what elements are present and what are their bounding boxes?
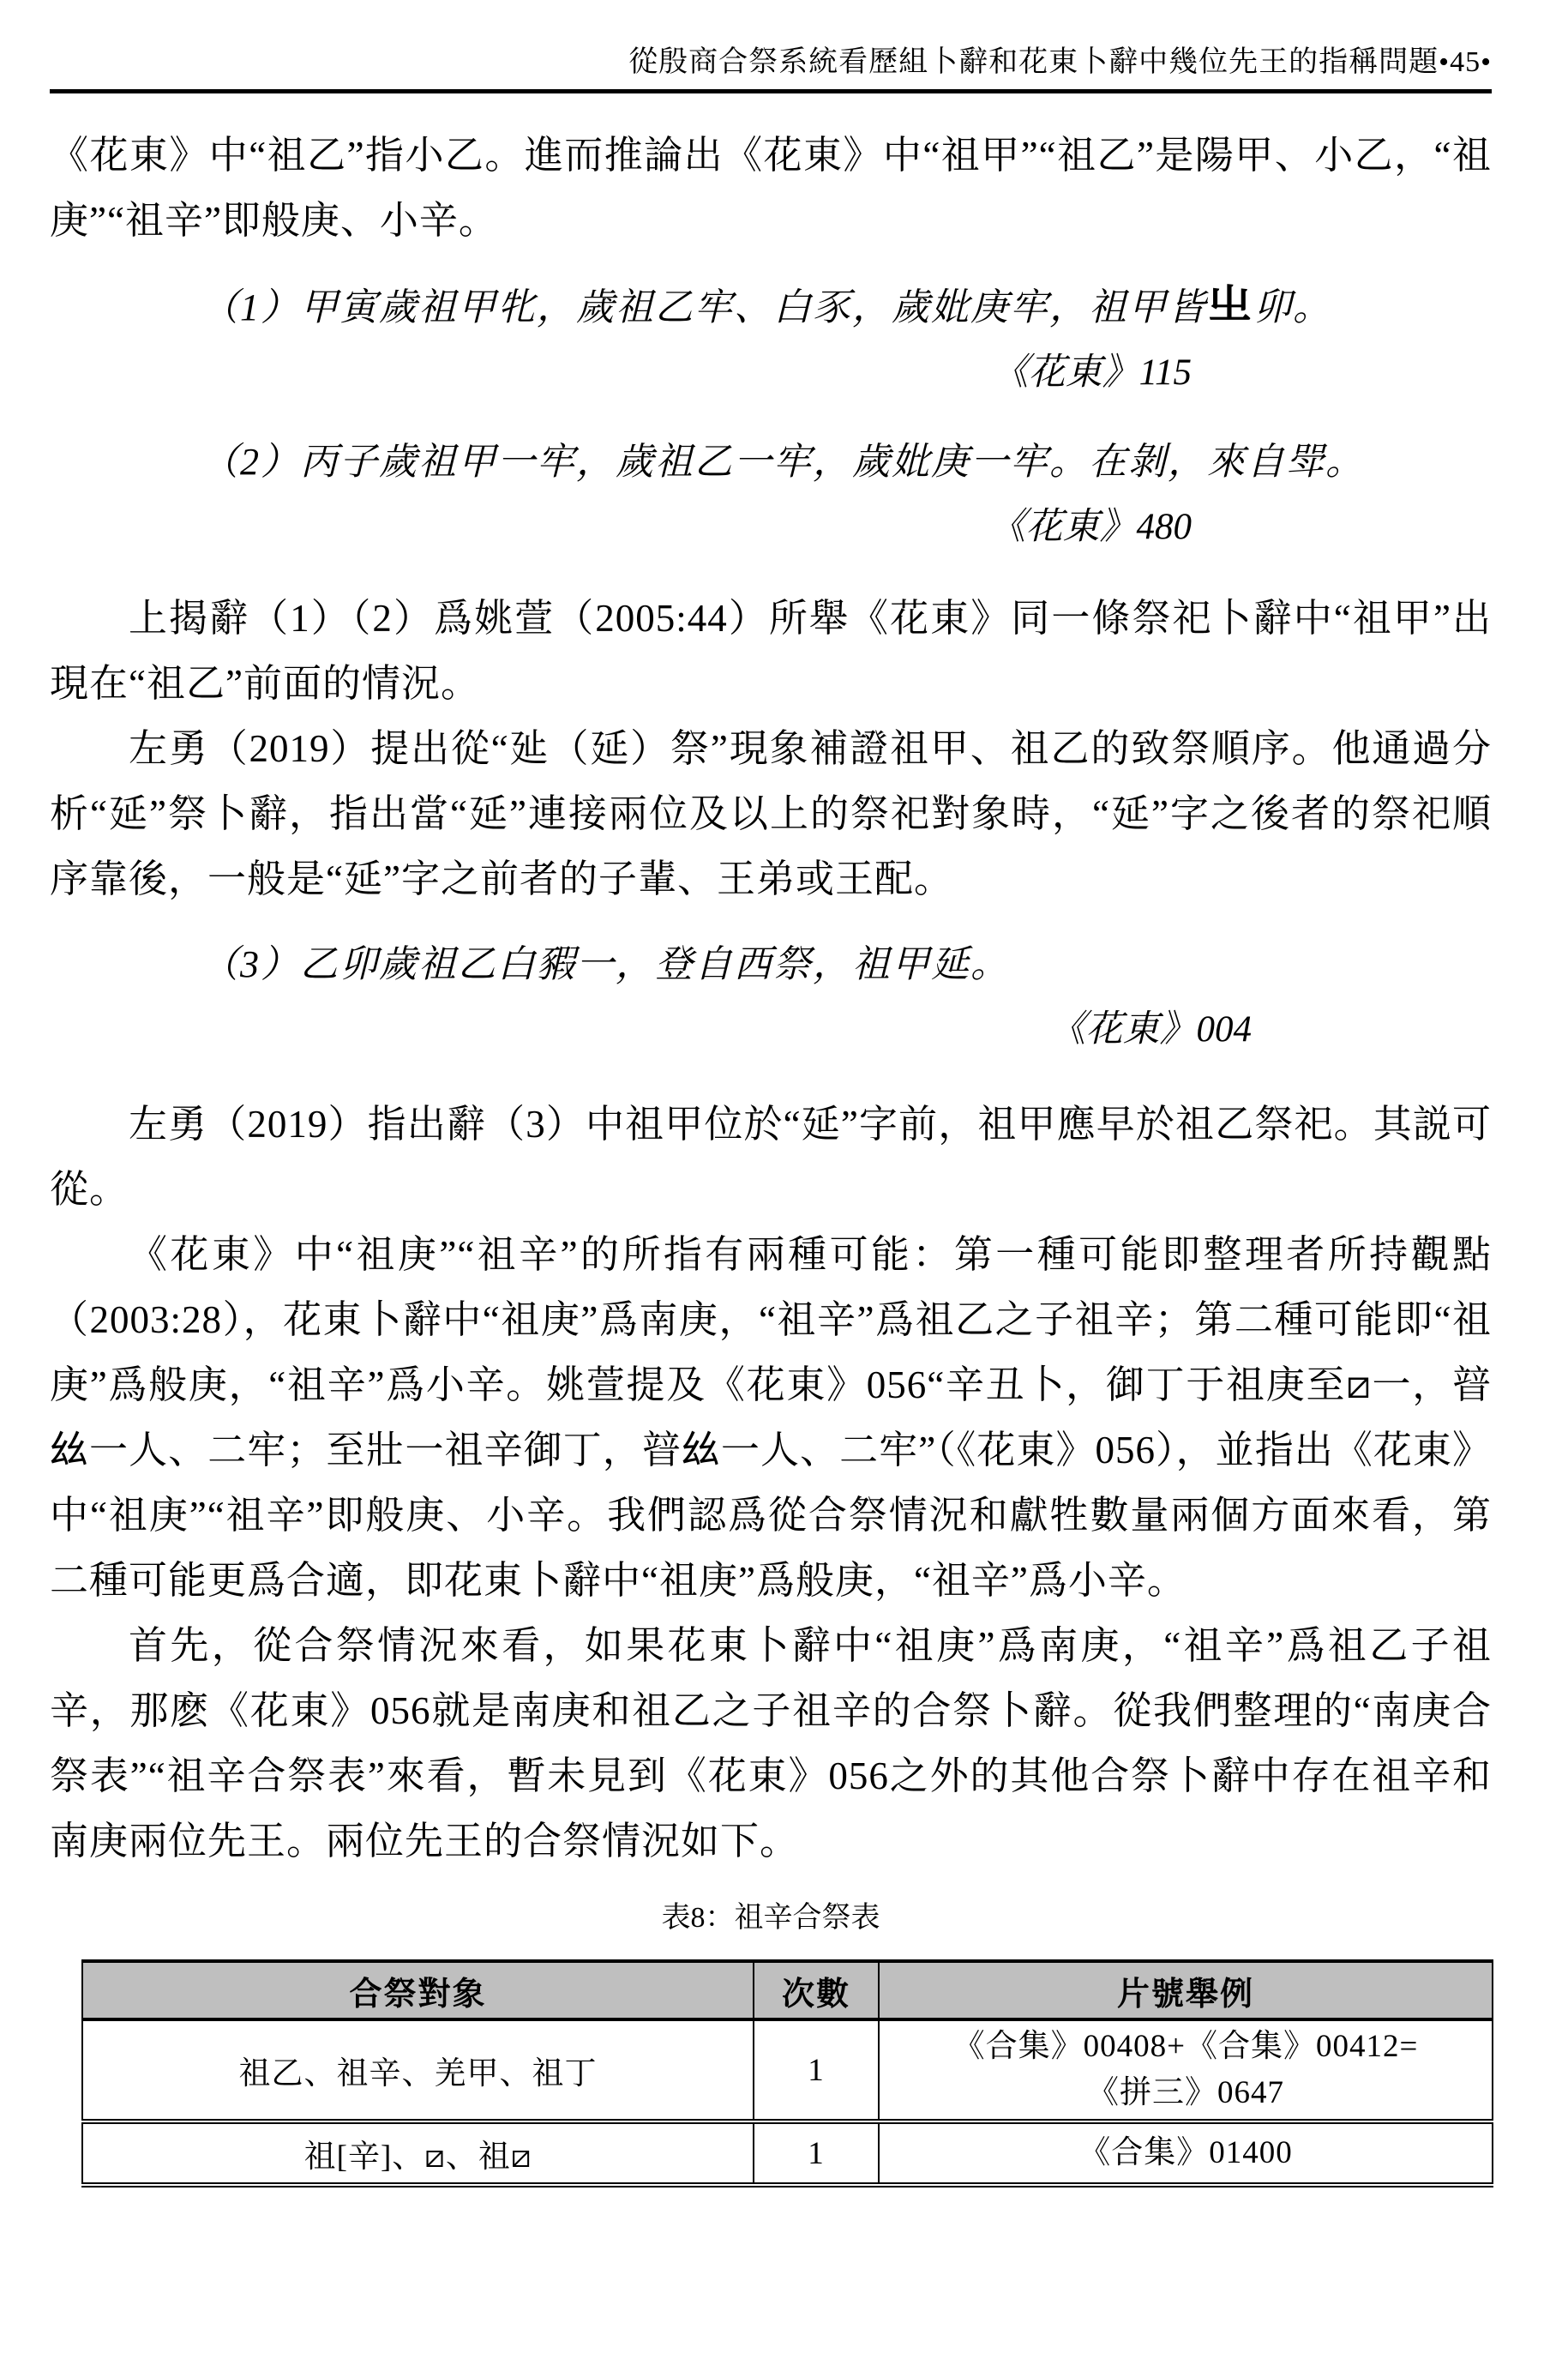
cell-pieces: 《合集》00408+《合集》00412= 《拼三》0647 <box>879 2019 1493 2121</box>
piece-reference-line: 《合集》00408+《合集》00412= <box>880 2024 1491 2070</box>
column-header-count: 次數 <box>754 1961 879 2019</box>
paragraph-3: 左勇（2019）提出從“㢟（延）祭”現象補證祖甲、祖乙的致祭順序。他通過分析“延… <box>50 716 1492 912</box>
quote-3-source: 《花東》004 <box>50 997 1492 1062</box>
oracle-character-glyph: 㞢 <box>1207 281 1253 330</box>
cell-targets: 祖[辛]、⧄、祖⧄ <box>82 2121 754 2185</box>
quote-block-1: （1）甲寅歲祖甲牝，歲祖乙牢、白豕，歲妣庚牢，祖甲皆㞢卯。 《花東》115 <box>50 274 1492 406</box>
quote-2-text: （2）丙子歲祖甲一牢，歲祖乙一牢，歲妣庚一牢。在剝，來自斝。 <box>50 430 1492 495</box>
table-header-row: 合祭對象 次數 片號舉例 <box>82 1961 1493 2019</box>
quote-1-text: （1）甲寅歲祖甲牝，歲祖乙牢、白豕，歲妣庚牢，祖甲皆㞢卯。 <box>50 274 1492 340</box>
paragraph-5: 《花東》中“祖庚”“祖辛”的所指有兩種可能：第一種可能即整理者所持觀點（2003… <box>50 1222 1492 1613</box>
paragraph-4: 左勇（2019）指出辭（3）中祖甲位於“延”字前，祖甲應早於祖乙祭祀。其説可從。 <box>50 1092 1492 1222</box>
zuxin-joint-sacrifice-table: 合祭對象 次數 片號舉例 祖乙、祖辛、羌甲、祖丁 1 《合集》00408+《合集… <box>81 1959 1493 2188</box>
cell-targets: 祖乙、祖辛、羌甲、祖丁 <box>82 2019 754 2121</box>
quote-2-source: 《花東》480 <box>50 495 1492 560</box>
quote-1-source: 《花東》115 <box>50 340 1492 406</box>
paragraph-6: 首先，從合祭情況來看，如果花東卜辭中“祖庚”爲南庚，“祖辛”爲祖乙子祖辛，那麽《… <box>50 1613 1492 1874</box>
quote-1-body-end: 卯。 <box>1253 286 1332 328</box>
running-head-title: 從殷商合祭系統看歷組卜辭和花東卜辭中幾位先王的指稱問題•45• <box>50 45 1492 81</box>
quote-1-label: （1） <box>201 286 300 328</box>
column-header-piece-number-examples: 片號舉例 <box>879 1961 1493 2019</box>
column-header-joint-sacrifice-targets: 合祭對象 <box>82 1961 754 2019</box>
paragraph-1: 《花東》中“祖乙”指小乙。進而推論出《花東》中“祖甲”“祖乙”是陽甲、小乙，“祖… <box>50 123 1492 253</box>
quote-3-label: （3） <box>201 943 300 985</box>
quote-1-body: 甲寅歲祖甲牝，歲祖乙牢、白豕，歲妣庚牢，祖甲皆 <box>300 286 1207 328</box>
paper-page: 從殷商合祭系統看歷組卜辭和花東卜辭中幾位先王的指稱問題•45• 《花東》中“祖乙… <box>0 0 1568 2353</box>
quote-2-label: （2） <box>201 441 300 483</box>
quote-block-3: （3）乙卯歲祖乙白豭一，登自西祭，祖甲延。 《花東》004 <box>50 932 1492 1062</box>
cell-count: 1 <box>754 2019 879 2121</box>
table-caption: 表8：祖辛合祭表 <box>50 1899 1492 1937</box>
quote-2-body: 丙子歲祖甲一牢，歲祖乙一牢，歲妣庚一牢。在剝，來自斝。 <box>300 441 1365 483</box>
piece-reference-line: 《拼三》0647 <box>880 2070 1491 2116</box>
table-row: 祖[辛]、⧄、祖⧄ 1 《合集》01400 <box>82 2121 1493 2185</box>
quote-3-text: （3）乙卯歲祖乙白豭一，登自西祭，祖甲延。 <box>50 932 1492 997</box>
header-rule-divider <box>50 89 1492 93</box>
paragraph-2: 上揭辭（1）（2）爲姚萱（2005:44）所舉《花東》同一條祭祀卜辭中“祖甲”出… <box>50 586 1492 716</box>
cell-pieces: 《合集》01400 <box>879 2121 1493 2185</box>
table-row: 祖乙、祖辛、羌甲、祖丁 1 《合集》00408+《合集》00412= 《拼三》0… <box>82 2019 1493 2121</box>
quote-block-2: （2）丙子歲祖甲一牢，歲祖乙一牢，歲妣庚一牢。在剝，來自斝。 《花東》480 <box>50 430 1492 560</box>
cell-count: 1 <box>754 2121 879 2185</box>
piece-reference-line: 《合集》01400 <box>880 2130 1491 2176</box>
quote-3-body: 乙卯歲祖乙白豭一，登自西祭，祖甲延。 <box>300 943 1010 985</box>
